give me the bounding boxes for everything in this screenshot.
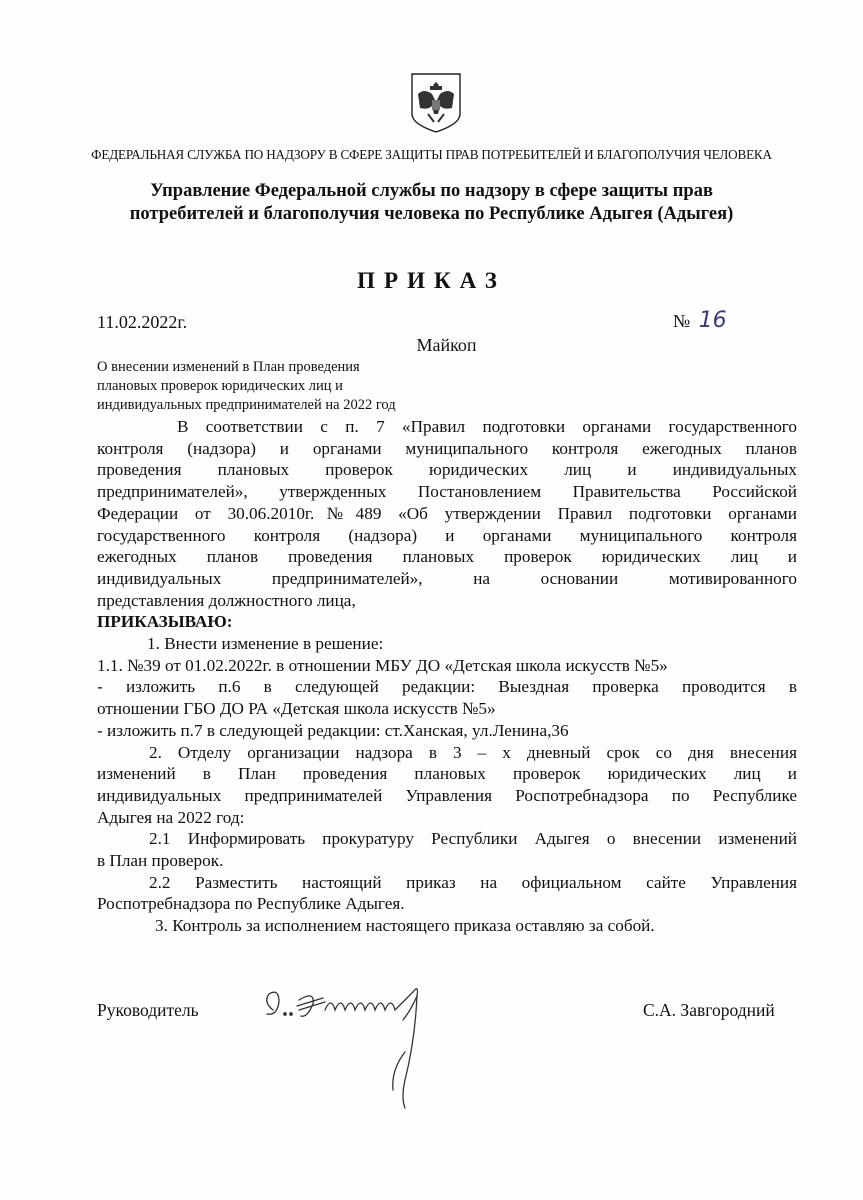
item-2-2-line: 2.2 Разместить настоящий приказ на офици… (97, 872, 797, 894)
item-2-1-line: в План проверок. (97, 850, 797, 872)
preamble-line: предпринимателей», утвержденных Постанов… (97, 481, 797, 503)
order-word: ПРИКАЗЫВАЮ: (97, 611, 797, 633)
document-number: № 16 (673, 308, 727, 333)
item-1-1-a-line1: - изложить п.6 в следующей редакции: Вые… (97, 676, 797, 698)
subject-line: О внесении изменений в План проведения (97, 358, 457, 377)
item-1-1-b: - изложить п.7 в следующей редакции: ст.… (97, 720, 797, 742)
department-name: Управление Федеральной службы по надзору… (60, 180, 803, 226)
item-1-1-a-line2: отношении ГБО ДО РА «Детская школа искус… (97, 698, 797, 720)
preamble-line: представления должностного лица, (97, 590, 797, 612)
item-2-line: Адыгея на 2022 год: (97, 807, 797, 829)
coat-of-arms-icon (410, 72, 462, 134)
subject-line: индивидуальных предпринимателей на 2022 … (97, 396, 457, 415)
agency-name: ФЕДЕРАЛЬНАЯ СЛУЖБА ПО НАДЗОРУ В СФЕРЕ ЗА… (60, 148, 803, 162)
signatory-role: Руководитель (97, 1000, 199, 1021)
preamble-line: В соответствии с п. 7 «Правил подготовки… (97, 416, 797, 438)
document-date: 11.02.2022г. (97, 312, 187, 333)
item-2-1-line: 2.1 Информировать прокуратуру Республики… (97, 828, 797, 850)
document-city: Майкоп (60, 335, 803, 356)
item-3: 3. Контроль за исполнением настоящего пр… (97, 915, 797, 937)
preamble-line: Федерации от 30.06.2010г.№489 «Об утверж… (97, 503, 797, 525)
department-line-1: Управление Федеральной службы по надзору… (60, 180, 803, 203)
item-2-line: изменений в План проведения плановых про… (97, 763, 797, 785)
item-2-2-line: Роспотребнадзора по Республике Адыгея. (97, 893, 797, 915)
document-page: ФЕДЕРАЛЬНАЯ СЛУЖБА ПО НАДЗОРУ В СФЕРЕ ЗА… (0, 0, 863, 1200)
department-line-2: потребителей и благополучия человека по … (60, 203, 803, 226)
handwritten-signature-icon (255, 980, 515, 1120)
number-label: № (673, 311, 690, 331)
document-title: ПРИКАЗ (60, 268, 803, 294)
item-1: 1. Внести изменение в решение: (97, 633, 797, 655)
preamble-line: индивидуальных предпринимателей», на осн… (97, 568, 797, 590)
number-value: 16 (699, 308, 727, 333)
preamble-line: государственного контроля (надзора) и ор… (97, 525, 797, 547)
item-1-1: 1.1. №39 от 01.02.2022г. в отношении МБУ… (97, 655, 797, 677)
preamble-line: ежегодных планов проведения плановых про… (97, 546, 797, 568)
preamble-line: контроля (надзора) и органами муниципаль… (97, 438, 797, 460)
preamble-line: проведения плановых проверок юридических… (97, 459, 797, 481)
subject-line: плановых проверок юридических лиц и (97, 377, 457, 396)
document-subject: О внесении изменений в План проведения п… (97, 358, 457, 415)
item-2-line: индивидуальных предпринимателей Управлен… (97, 785, 797, 807)
item-2-line: 2. Отделу организации надзора в 3 – х дн… (97, 742, 797, 764)
signatory-name: С.А. Завгородний (643, 1000, 775, 1021)
document-body: В соответствии с п. 7 «Правил подготовки… (97, 416, 797, 937)
